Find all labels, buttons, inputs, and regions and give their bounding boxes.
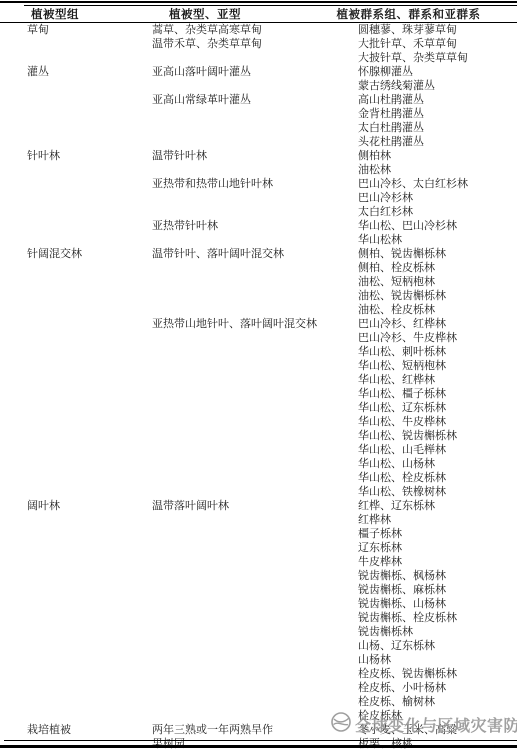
table-row: 侧柏、栓皮栎林 [0,261,517,275]
cell-col1 [0,233,110,247]
cell-col2 [110,597,300,611]
header-vegetation-type-subtype: 植被型、亚型 [110,6,300,23]
table-row: 橿子栎林 [0,527,517,541]
cell-col1 [0,275,110,289]
table-row: 亚热带针叶林华山松、巴山冷杉林 [0,219,517,233]
cell-col1 [0,345,110,359]
header-formation-group: 植被群系组、群系和亚群系 [300,6,517,23]
cell-col1 [0,485,110,499]
table-bottom-rule-thin [4,740,517,741]
cell-col1 [0,415,110,429]
table-row: 华山松林 [0,233,517,247]
cell-col3: 华山松、铁橡树林 [300,485,517,499]
cell-col2 [110,275,300,289]
cell-col1 [0,471,110,485]
cell-col2 [110,443,300,457]
cell-col3: 牛皮桦林 [300,555,517,569]
cell-col1 [0,93,110,107]
cell-col3: 怀腺柳灌丛 [300,65,517,79]
cell-col1: 阔叶林 [0,499,110,513]
vegetation-classification-table: 植被型组 植被型、亚型 植被群系组、群系和亚群系 草甸蒿草、杂类草高寒草甸圆穗蓼… [0,6,517,749]
table-top-rule-thick [0,1,517,3]
cell-col3: 栓皮栎、榆树林 [300,695,517,709]
table-row: 油松、锐齿槲栎林 [0,289,517,303]
cell-col2: 温带落叶阔叶林 [110,499,300,513]
cell-col2 [110,541,300,555]
cell-col1 [0,653,110,667]
table-row: 华山松、锐齿槲栎林 [0,429,517,443]
cell-col1 [0,107,110,121]
table-row: 油松、短柄枹林 [0,275,517,289]
table-row: 锐齿槲栎、山杨林 [0,597,517,611]
table-row: 油松林 [0,163,517,177]
table-row: 针阔混交林温带针叶、落叶阔叶混交林侧柏、锐齿槲栎林 [0,247,517,261]
table-row: 灌丛亚高山落叶阔叶灌丛怀腺柳灌丛 [0,65,517,79]
table-row: 温带禾草、杂类草草甸大批针草、禾草草甸 [0,37,517,51]
table-row: 山杨、辽东栎林 [0,639,517,653]
cell-col2: 温带针叶林 [110,149,300,163]
table-row: 油松、栓皮栎林 [0,303,517,317]
cell-col3: 华山松、刺叶栎林 [300,345,517,359]
cell-col2: 温带禾草、杂类草草甸 [110,37,300,51]
cell-col1 [0,597,110,611]
table-row: 巴山冷杉林 [0,191,517,205]
table-row: 锐齿槲栎、栓皮栎林 [0,611,517,625]
header-vegetation-type-group: 植被型组 [0,6,110,23]
table-row: 亚高山常绿革叶灌丛高山杜鹃灌丛 [0,93,517,107]
cell-col1 [0,569,110,583]
cell-col2 [110,289,300,303]
table-row: 亚热带和热带山地针叶林巴山冷杉、太白红杉林 [0,177,517,191]
cell-col3: 华山松、牛皮桦林 [300,415,517,429]
cell-col2 [110,233,300,247]
cell-col1 [0,219,110,233]
cell-col2: 两年三熟或一年两熟旱作 [110,723,300,737]
table-row: 锐齿槲栎、枫杨林 [0,569,517,583]
table-row: 华山松、橿子栎林 [0,387,517,401]
cell-col3: 金背杜鹃灌丛 [300,107,517,121]
cell-col1 [0,303,110,317]
table-header-row: 植被型组 植被型、亚型 植被群系组、群系和亚群系 [0,6,517,23]
cell-col2 [110,387,300,401]
table-row: 太白杜鹃灌丛 [0,121,517,135]
cell-col2 [110,513,300,527]
cell-col2 [110,429,300,443]
cell-col3: 侧柏、栓皮栎林 [300,261,517,275]
table-row: 华山松、红桦林 [0,373,517,387]
cell-col1 [0,121,110,135]
cell-col2 [110,569,300,583]
cell-col2 [110,163,300,177]
cell-col2: 亚热带和热带山地针叶林 [110,177,300,191]
table-row: 针叶林温带针叶林侧柏林 [0,149,517,163]
cell-col1 [0,37,110,51]
cell-col2: 温带针叶、落叶阔叶混交林 [110,247,300,261]
cell-col3: 巴山冷杉、牛皮桦林 [300,331,517,345]
table-row: 草甸蒿草、杂类草高寒草甸圆穗蓼、珠芽蓼草甸 [0,23,517,38]
table-row: 华山松、栓皮栎林 [0,471,517,485]
cell-col3: 头花杜鹃灌丛 [300,135,517,149]
cell-col3: 锐齿槲栎、山杨林 [300,597,517,611]
table-row: 蒙古绣线菊灌丛 [0,79,517,93]
table-row: 栓皮栎、小叶杨林 [0,681,517,695]
cell-col3: 华山松、红桦林 [300,373,517,387]
cell-col3: 山杨林 [300,653,517,667]
table-row: 锐齿槲栎、麻栎林 [0,583,517,597]
cell-col3: 华山松、辽东栎林 [300,401,517,415]
cell-col3: 橿子栎林 [300,527,517,541]
cell-col3: 华山松、锐齿槲栎林 [300,429,517,443]
cell-col1 [0,261,110,275]
page: 植被型组 植被型、亚型 植被群系组、群系和亚群系 草甸蒿草、杂类草高寒草甸圆穗蓼… [0,0,517,749]
table-row: 头花杜鹃灌丛 [0,135,517,149]
cell-col2 [110,261,300,275]
cell-col2 [110,695,300,709]
cell-col1 [0,513,110,527]
table-row: 阔叶林温带落叶阔叶林红桦、辽东栎林 [0,499,517,513]
cell-col2 [110,205,300,219]
cell-col2 [110,667,300,681]
cell-col1 [0,639,110,653]
cell-col1 [0,331,110,345]
cell-col2 [110,471,300,485]
cell-col1: 栽培植被 [0,723,110,737]
table-header: 植被型组 植被型、亚型 植被群系组、群系和亚群系 [0,6,517,23]
cell-col1 [0,135,110,149]
cell-col1 [0,387,110,401]
table-row: 辽东栎林 [0,541,517,555]
table-row: 巴山冷杉、牛皮桦林 [0,331,517,345]
cell-col2 [110,121,300,135]
cell-col2 [110,527,300,541]
cell-col3: 油松林 [300,163,517,177]
table-row: 华山松、辽东栎林 [0,401,517,415]
cell-col2 [110,457,300,471]
cell-col2 [110,345,300,359]
cell-col1 [0,205,110,219]
cell-col1 [0,555,110,569]
cell-col1 [0,289,110,303]
cell-col1 [0,401,110,415]
cell-col2 [110,331,300,345]
cell-col2 [110,359,300,373]
cell-col3: 巴山冷杉、红桦林 [300,317,517,331]
table-row: 亚热带山地针叶、落叶阔叶混交林巴山冷杉、红桦林 [0,317,517,331]
cell-col1: 草甸 [0,23,110,38]
cell-col1 [0,625,110,639]
cell-col2 [110,79,300,93]
cell-col3: 锐齿槲栎、麻栎林 [300,583,517,597]
cell-col3: 栓皮栎、小叶杨林 [300,681,517,695]
cell-col1 [0,527,110,541]
cell-col2: 亚热带山地针叶、落叶阔叶混交林 [110,317,300,331]
table-row: 大披针草、杂类草草甸 [0,51,517,65]
cell-col1 [0,667,110,681]
cell-col3: 巴山冷杉林 [300,191,517,205]
cell-col1 [0,583,110,597]
cell-col3: 油松、锐齿槲栎林 [300,289,517,303]
cell-col2: 亚热带针叶林 [110,219,300,233]
cell-col3: 红桦、辽东栎林 [300,499,517,513]
cell-col3: 太白红杉林 [300,205,517,219]
cell-col2 [110,681,300,695]
cell-col3: 华山松、巴山冷杉林 [300,219,517,233]
cell-col3: 红桦林 [300,513,517,527]
cell-col1 [0,681,110,695]
cell-col2 [110,373,300,387]
table-body: 草甸蒿草、杂类草高寒草甸圆穗蓼、珠芽蓼草甸温带禾草、杂类草草甸大批针草、禾草草甸… [0,23,517,749]
cell-col1 [0,443,110,457]
cell-col2 [110,485,300,499]
table-row: 栓皮栎、锐齿槲栎林 [0,667,517,681]
table-row: 栓皮栎林 [0,709,517,723]
cell-col3: 华山松、短柄枹林 [300,359,517,373]
table-row: 太白红杉林 [0,205,517,219]
cell-col3: 华山松、栓皮栎林 [300,471,517,485]
table-row: 华山松、山杨林 [0,457,517,471]
cell-col1 [0,317,110,331]
cell-col2 [110,625,300,639]
table-row: 栽培植被两年三熟或一年两熟旱作冬小麦、玉米、高粱 [0,723,517,737]
cell-col3: 大批针草、禾草草甸 [300,37,517,51]
cell-col3: 辽东栎林 [300,541,517,555]
cell-col2 [110,135,300,149]
cell-col2 [110,639,300,653]
cell-col3: 华山松、山杨林 [300,457,517,471]
cell-col3: 大披针草、杂类草草甸 [300,51,517,65]
cell-col3: 华山松、山毛榉林 [300,443,517,457]
cell-col2: 亚高山常绿革叶灌丛 [110,93,300,107]
cell-col3: 侧柏、锐齿槲栎林 [300,247,517,261]
cell-col1 [0,429,110,443]
cell-col1 [0,79,110,93]
cell-col2 [110,415,300,429]
cell-col2 [110,555,300,569]
cell-col2 [110,653,300,667]
cell-col2 [110,107,300,121]
table-row: 华山松、山毛榉林 [0,443,517,457]
cell-col2 [110,709,300,723]
cell-col3: 巴山冷杉、太白红杉林 [300,177,517,191]
cell-col3: 栓皮栎林 [300,709,517,723]
cell-col1 [0,457,110,471]
cell-col3: 蒙古绣线菊灌丛 [300,79,517,93]
table-bottom-rule-thick [0,745,517,748]
cell-col3: 太白杜鹃灌丛 [300,121,517,135]
cell-col3: 油松、栓皮栎林 [300,303,517,317]
cell-col2 [110,191,300,205]
cell-col1: 针叶林 [0,149,110,163]
cell-col3: 油松、短柄枹林 [300,275,517,289]
cell-col2: 蒿草、杂类草高寒草甸 [110,23,300,38]
cell-col1 [0,541,110,555]
cell-col1 [0,709,110,723]
cell-col2: 亚高山落叶阔叶灌丛 [110,65,300,79]
table-row: 栓皮栎、榆树林 [0,695,517,709]
cell-col2 [110,583,300,597]
cell-col3: 高山杜鹃灌丛 [300,93,517,107]
cell-col1 [0,191,110,205]
table-row: 牛皮桦林 [0,555,517,569]
cell-col3: 圆穗蓼、珠芽蓼草甸 [300,23,517,38]
table-row: 锐齿槲栎林 [0,625,517,639]
cell-col1: 灌丛 [0,65,110,79]
table-row: 华山松、铁橡树林 [0,485,517,499]
cell-col3: 山杨、辽东栎林 [300,639,517,653]
cell-col3: 侧柏林 [300,149,517,163]
table-row: 华山松、牛皮桦林 [0,415,517,429]
cell-col2 [110,51,300,65]
table-row: 红桦林 [0,513,517,527]
cell-col3: 锐齿槲栎、枫杨林 [300,569,517,583]
cell-col1: 针阔混交林 [0,247,110,261]
cell-col2 [110,401,300,415]
cell-col1 [0,177,110,191]
cell-col3: 华山松、橿子栎林 [300,387,517,401]
cell-col3: 锐齿槲栎林 [300,625,517,639]
cell-col1 [0,359,110,373]
cell-col3: 锐齿槲栎、栓皮栎林 [300,611,517,625]
cell-col3: 冬小麦、玉米、高粱 [300,723,517,737]
cell-col2 [110,611,300,625]
cell-col1 [0,611,110,625]
table-row: 华山松、短柄枹林 [0,359,517,373]
cell-col1 [0,695,110,709]
table-row: 金背杜鹃灌丛 [0,107,517,121]
table-row: 山杨林 [0,653,517,667]
cell-col1 [0,163,110,177]
cell-col2 [110,303,300,317]
cell-col1 [0,51,110,65]
cell-col3: 栓皮栎、锐齿槲栎林 [300,667,517,681]
cell-col3: 华山松林 [300,233,517,247]
table-row: 华山松、刺叶栎林 [0,345,517,359]
cell-col1 [0,373,110,387]
